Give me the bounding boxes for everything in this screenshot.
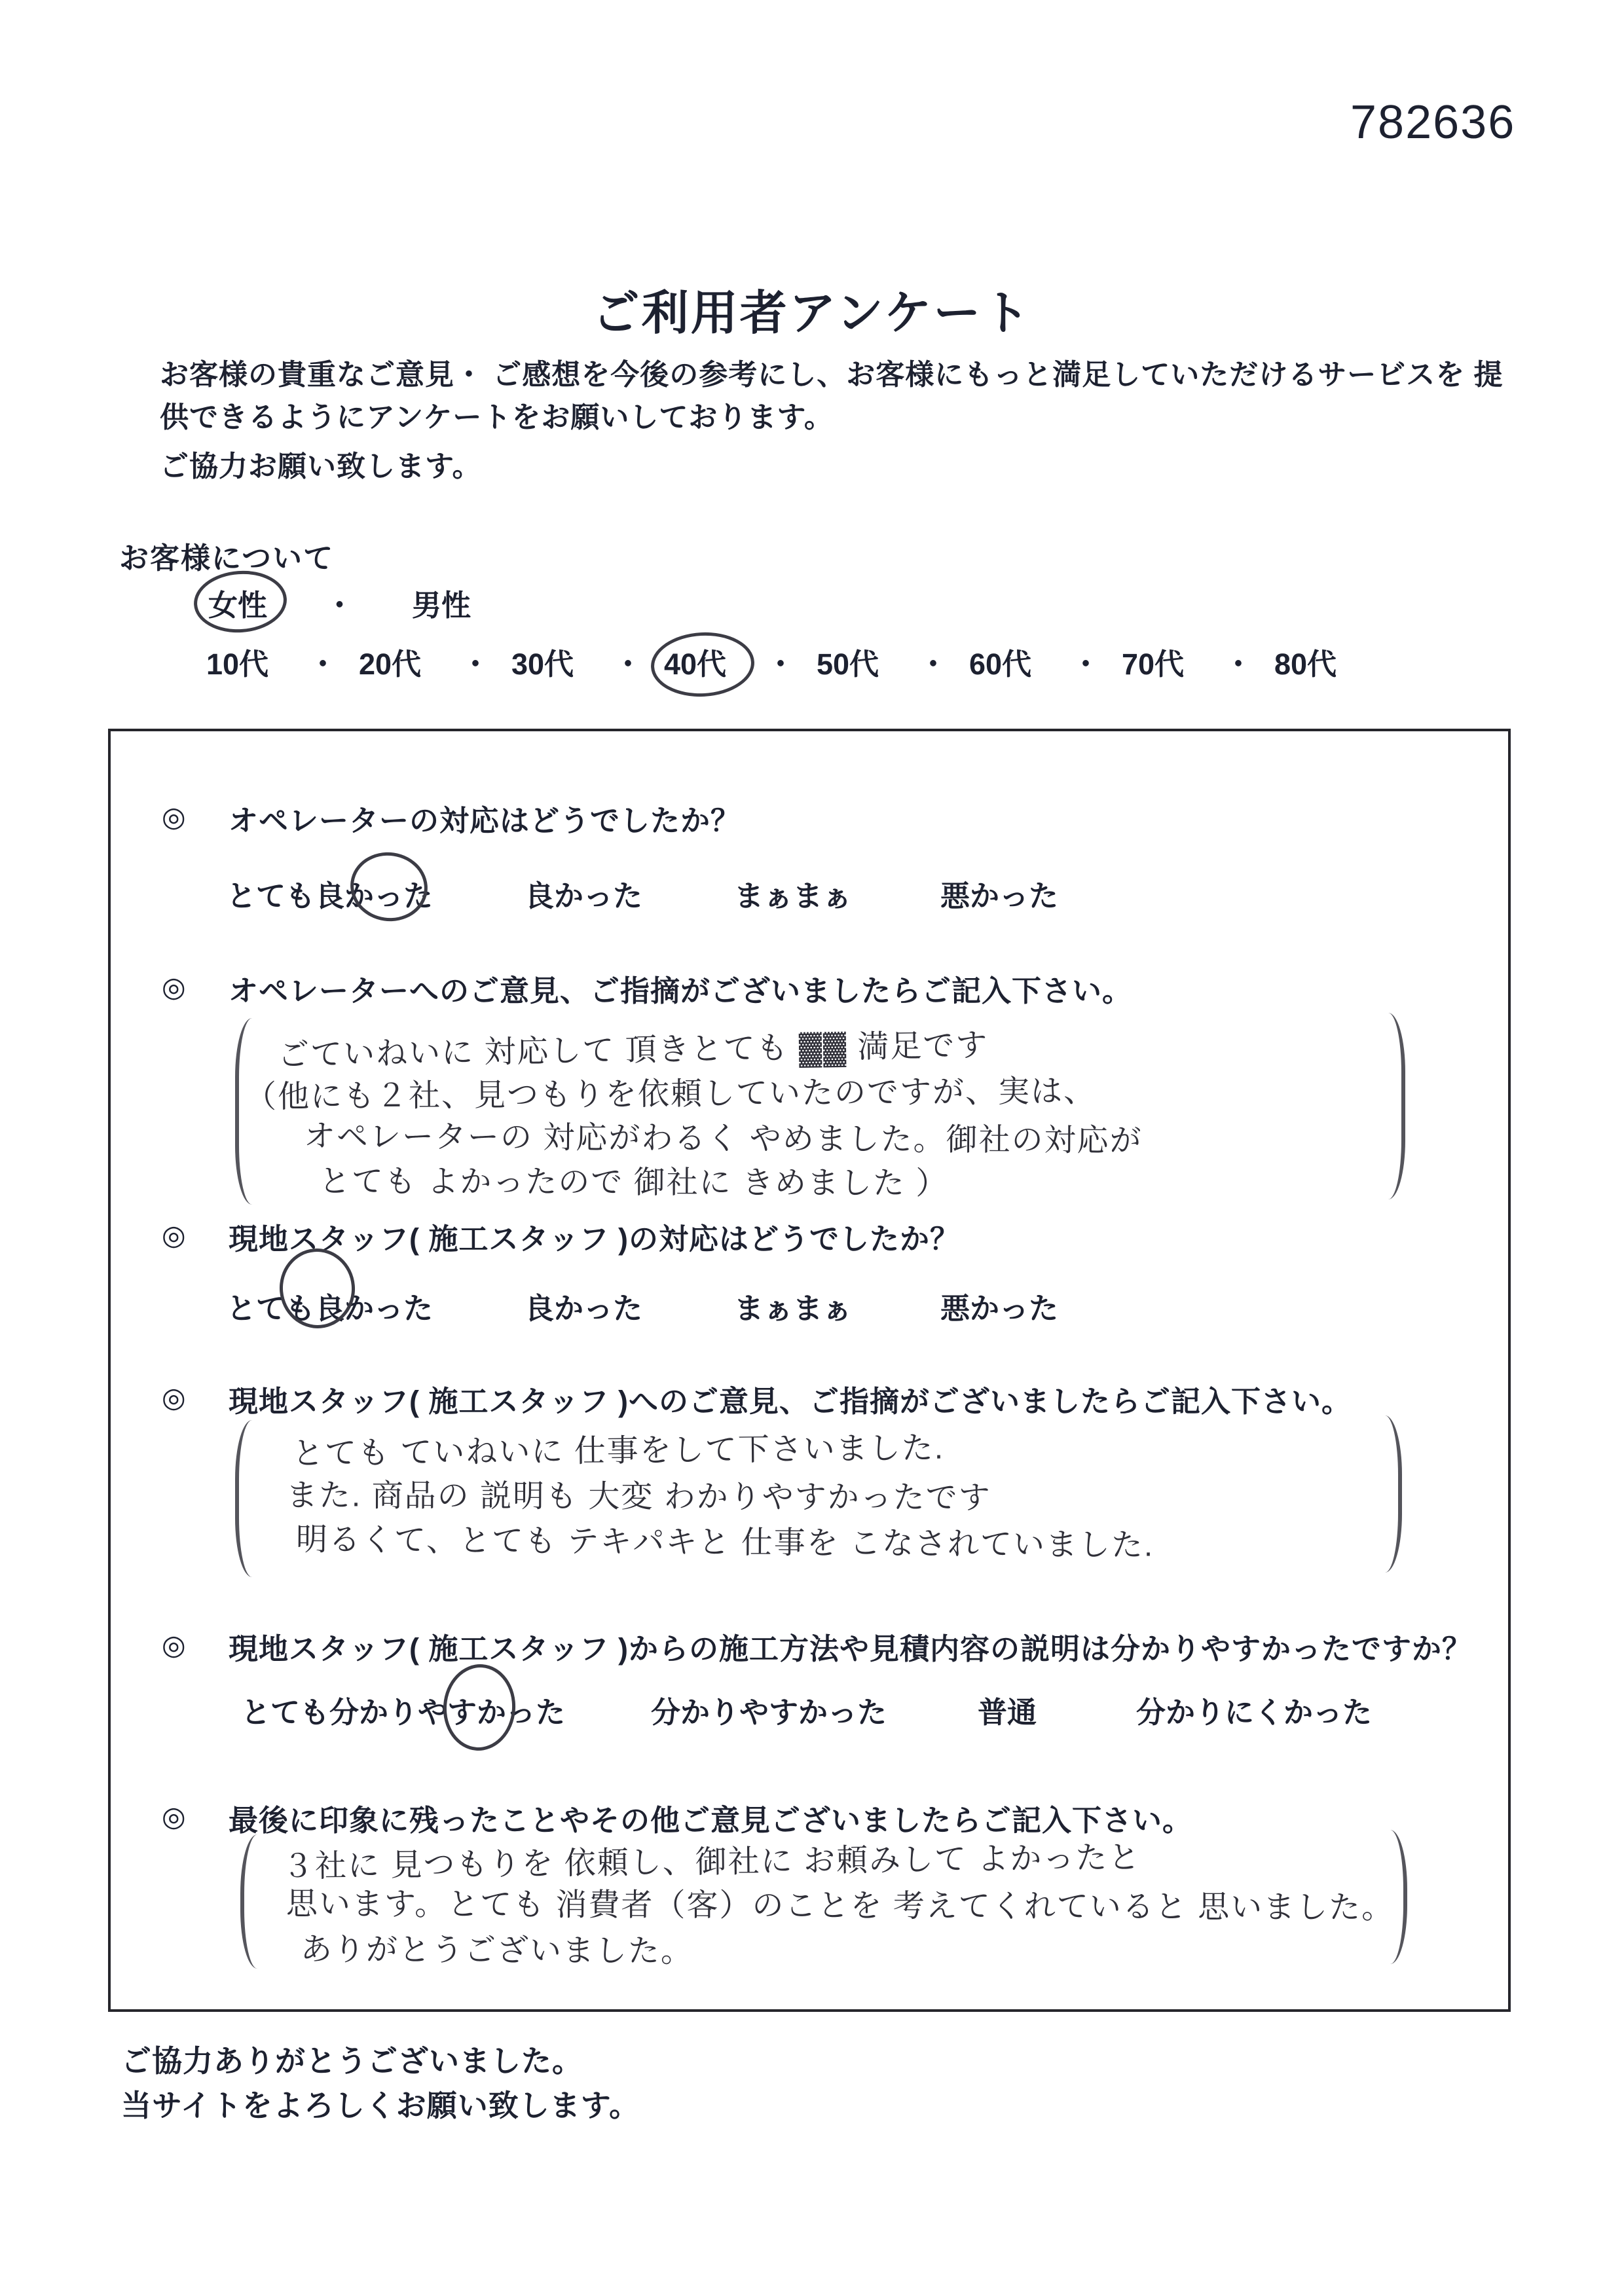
double-circle-bullet-icon: ◎ [162, 1800, 186, 1832]
question-text-staff-rating: 現地スタッフ( 施工スタッフ )の対応はどうでしたか？ [229, 1215, 960, 1258]
handwritten-line: とても よかったので 御社に きめました ） [319, 1156, 949, 1203]
hand-bracket-left-icon [240, 1834, 261, 1969]
question-text-explanation-clarity: 現地スタッフ( 施工スタッフ )からの施工方法や見積内容の説明は分かりやすかった… [229, 1625, 1472, 1667]
survey-box: ◎ オペレーターの対応はどうでしたか？ とても良かった 良かった まぁまぁ 悪か… [108, 729, 1511, 2012]
double-circle-bullet-icon: ◎ [162, 971, 186, 1003]
age-option-70s: 70代 [1122, 640, 1202, 683]
about-customer-heading: お客様について [119, 534, 334, 577]
age-row: 10代 ・ 20代 ・ 30代 ・ 40代 ・ 50代 ・ 60代 ・ 70代 … [206, 640, 1355, 683]
question-text-operator-comments: オペレーターへのご意見、ご指摘がございましたらご記入下さい。 [229, 967, 1132, 1010]
separator-dot: ・ [287, 640, 359, 683]
handwritten-line: 明るくて、とても テキパキと 仕事を こなされていました. [296, 1514, 1154, 1565]
double-circle-bullet-icon: ◎ [162, 1381, 186, 1413]
age-option-40s: 40代 [664, 640, 745, 683]
separator-dot: ・ [745, 640, 817, 683]
handwritten-line: （他にも２社、見つもりを依頼していたのですが、実は、 [245, 1065, 1096, 1116]
handwritten-line: とても ていねいに 仕事をして下さいました. [292, 1423, 945, 1474]
handwritten-line: オペレーターの 対応がわるく やめました。御社の対応が [304, 1111, 1143, 1161]
separator-dot: ・ [439, 640, 511, 683]
hand-bracket-right-icon [1381, 1415, 1402, 1573]
age-option-10s: 10代 [206, 640, 287, 683]
selection-circle-annotation [441, 1662, 519, 1753]
answer-option: 分かりやすかった [651, 1688, 887, 1731]
intro-text: お客様の貴重なご意見・ ご感想を今後の参考にし、お客様にもっと満足していただける… [160, 354, 1522, 439]
answer-option-selected: とても良かった [227, 872, 433, 915]
cooperation-request: ご協力お願い致します。 [160, 443, 481, 484]
age-option-60s: 60代 [969, 640, 1050, 683]
age-option-20s: 20代 [359, 640, 439, 683]
double-circle-bullet-icon: ◎ [162, 1629, 186, 1661]
double-circle-bullet-icon: ◎ [162, 801, 186, 833]
answer-option: 悪かった [940, 1285, 1058, 1327]
gender-row: 女性 ・ 男性 [208, 581, 471, 624]
handwritten-line: ありがとうございました。 [301, 1923, 693, 1971]
separator-dot: ・ [1050, 640, 1122, 683]
closing-request: 当サイトをよろしくお願い致します。 [121, 2082, 640, 2125]
hand-bracket-right-icon [1384, 1013, 1405, 1199]
separator-dot: ・ [897, 640, 969, 683]
handwritten-line: 思います。とても 消費者（客）のことを 考えてくれていると 思いました。 [286, 1878, 1394, 1927]
age-option-80s: 80代 [1274, 640, 1355, 683]
answer-option-selected: とても良かった [227, 1285, 433, 1327]
question-text-operator-rating: オペレーターの対応はどうでしたか？ [229, 797, 741, 839]
answer-option: まぁまぁ [734, 1285, 852, 1327]
closing-thanks: ご協力ありがとうございました。 [121, 2037, 583, 2081]
answer-option: 分かりにくかった [1136, 1688, 1372, 1731]
age-option-50s: 50代 [817, 640, 897, 683]
answer-option: 普通 [978, 1688, 1037, 1731]
survey-title: ご利用者アンケート [0, 275, 1624, 343]
handwritten-line: また. 商品の 説明も 大変 わかりやすかったです [286, 1470, 991, 1518]
question-text-staff-comments: 現地スタッフ( 施工スタッフ )へのご意見、ご指摘がございましたらご記入下さい。 [229, 1377, 1352, 1420]
separator-dot: ・ [1202, 640, 1274, 683]
gender-option-male: 男性 [412, 581, 471, 624]
separator-dot: ・ [325, 581, 354, 624]
double-circle-bullet-icon: ◎ [162, 1219, 186, 1251]
answer-option-selected: とても分かりやすかった [241, 1688, 565, 1731]
answer-option: 良かった [525, 1285, 642, 1327]
selection-circle-annotation [192, 568, 289, 636]
answer-option: 悪かった [940, 872, 1058, 915]
answer-option: まぁまぁ [734, 872, 852, 915]
hand-bracket-left-icon [235, 1420, 256, 1577]
age-option-30s: 30代 [511, 640, 592, 683]
answer-option: 良かった [525, 872, 642, 915]
gender-option-female: 女性 [208, 581, 267, 624]
handwritten-line: ３社に 見つもりを 依頼し、御社に お頼みして よかったと [282, 1832, 1141, 1886]
doc-number: 782636 [1350, 96, 1515, 149]
selection-circle-annotation [346, 847, 432, 926]
selection-circle-annotation [650, 630, 756, 699]
survey-page: 782636 ご利用者アンケート お客様の貴重なご意見・ ご感想を今後の参考にし… [0, 0, 1624, 2296]
